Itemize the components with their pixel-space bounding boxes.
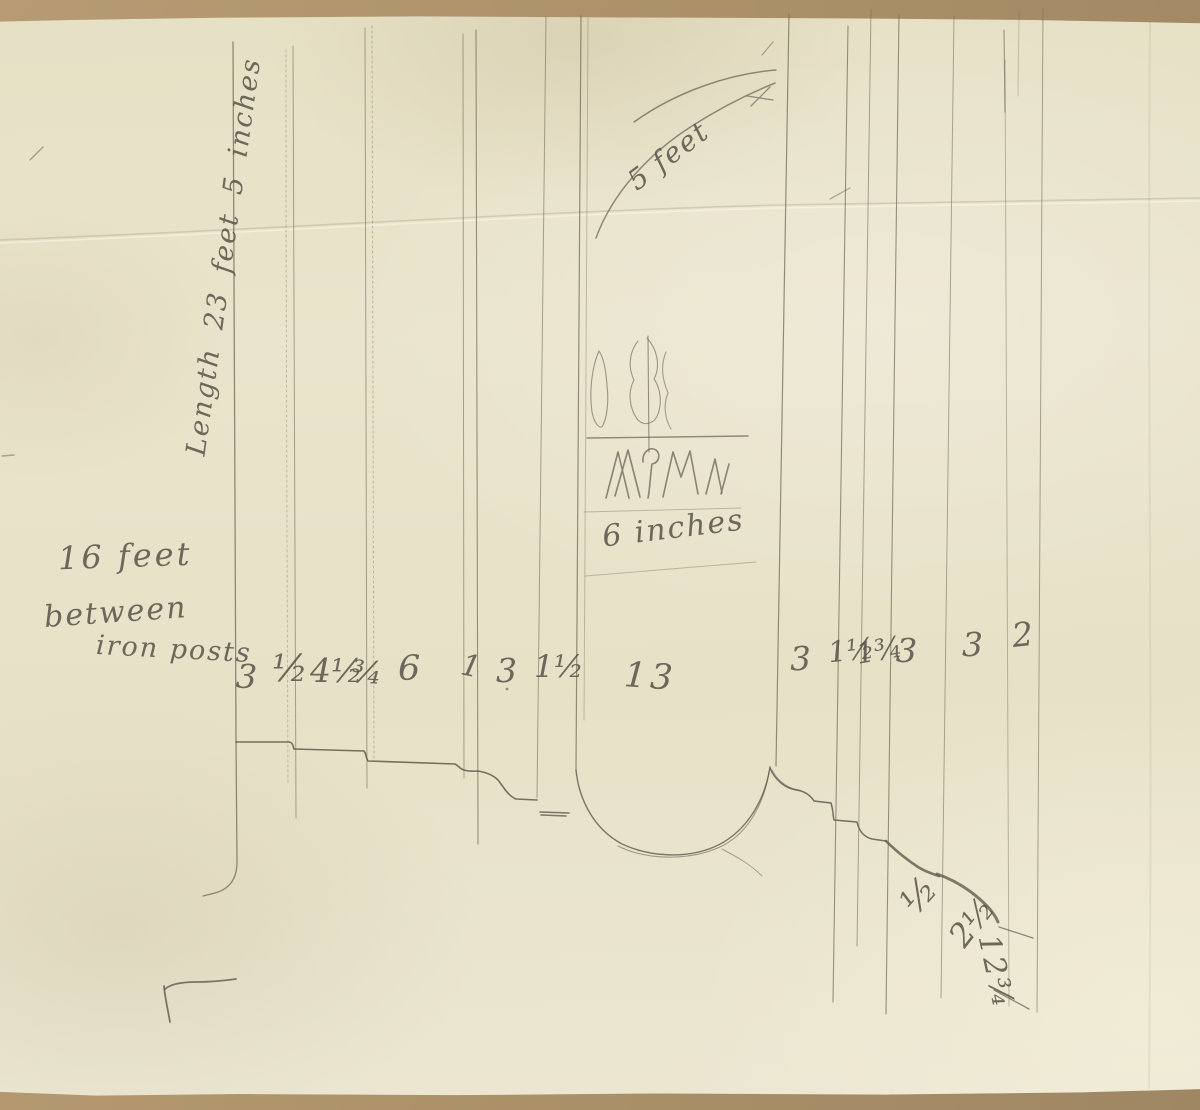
span-note-line1: 16 feet <box>57 538 193 575</box>
plant-middle <box>630 338 660 424</box>
measurement-top-8: 13 <box>623 658 678 697</box>
measurement-top-9: 3 <box>789 642 811 676</box>
measurement-top-6: 3 <box>496 654 517 687</box>
measurement-top-7: 1½ <box>534 652 584 683</box>
measurement-top-12: 3 <box>895 634 917 668</box>
horizontal-rule <box>587 436 748 438</box>
measurement-top-14: 2 <box>1010 617 1034 652</box>
plant-right <box>663 352 671 429</box>
profile-shelf <box>540 812 569 816</box>
column-right-edge <box>776 14 789 766</box>
column-base-arc-2 <box>618 772 769 857</box>
zigzag-hatching <box>606 449 729 498</box>
profile-steps-left <box>236 742 537 800</box>
measurement-top-4: 6 <box>398 652 420 687</box>
column-base-arc <box>576 767 770 855</box>
profile-right-descent <box>770 768 886 841</box>
measurement-top-3: ¾ <box>351 657 383 690</box>
measurement-top-0: 3 <box>235 659 258 693</box>
plant-stem <box>648 336 649 452</box>
plant-left <box>591 351 608 427</box>
measurement-top-1: ½ <box>272 650 308 687</box>
corner-mark <box>164 979 236 1022</box>
measurement-top-13: 3 <box>962 628 983 661</box>
span-note-line3: iron posts <box>95 632 252 667</box>
scanned-sketch-scene: Length 23 feet 5 inches 16 feet between … <box>0 0 1200 1110</box>
